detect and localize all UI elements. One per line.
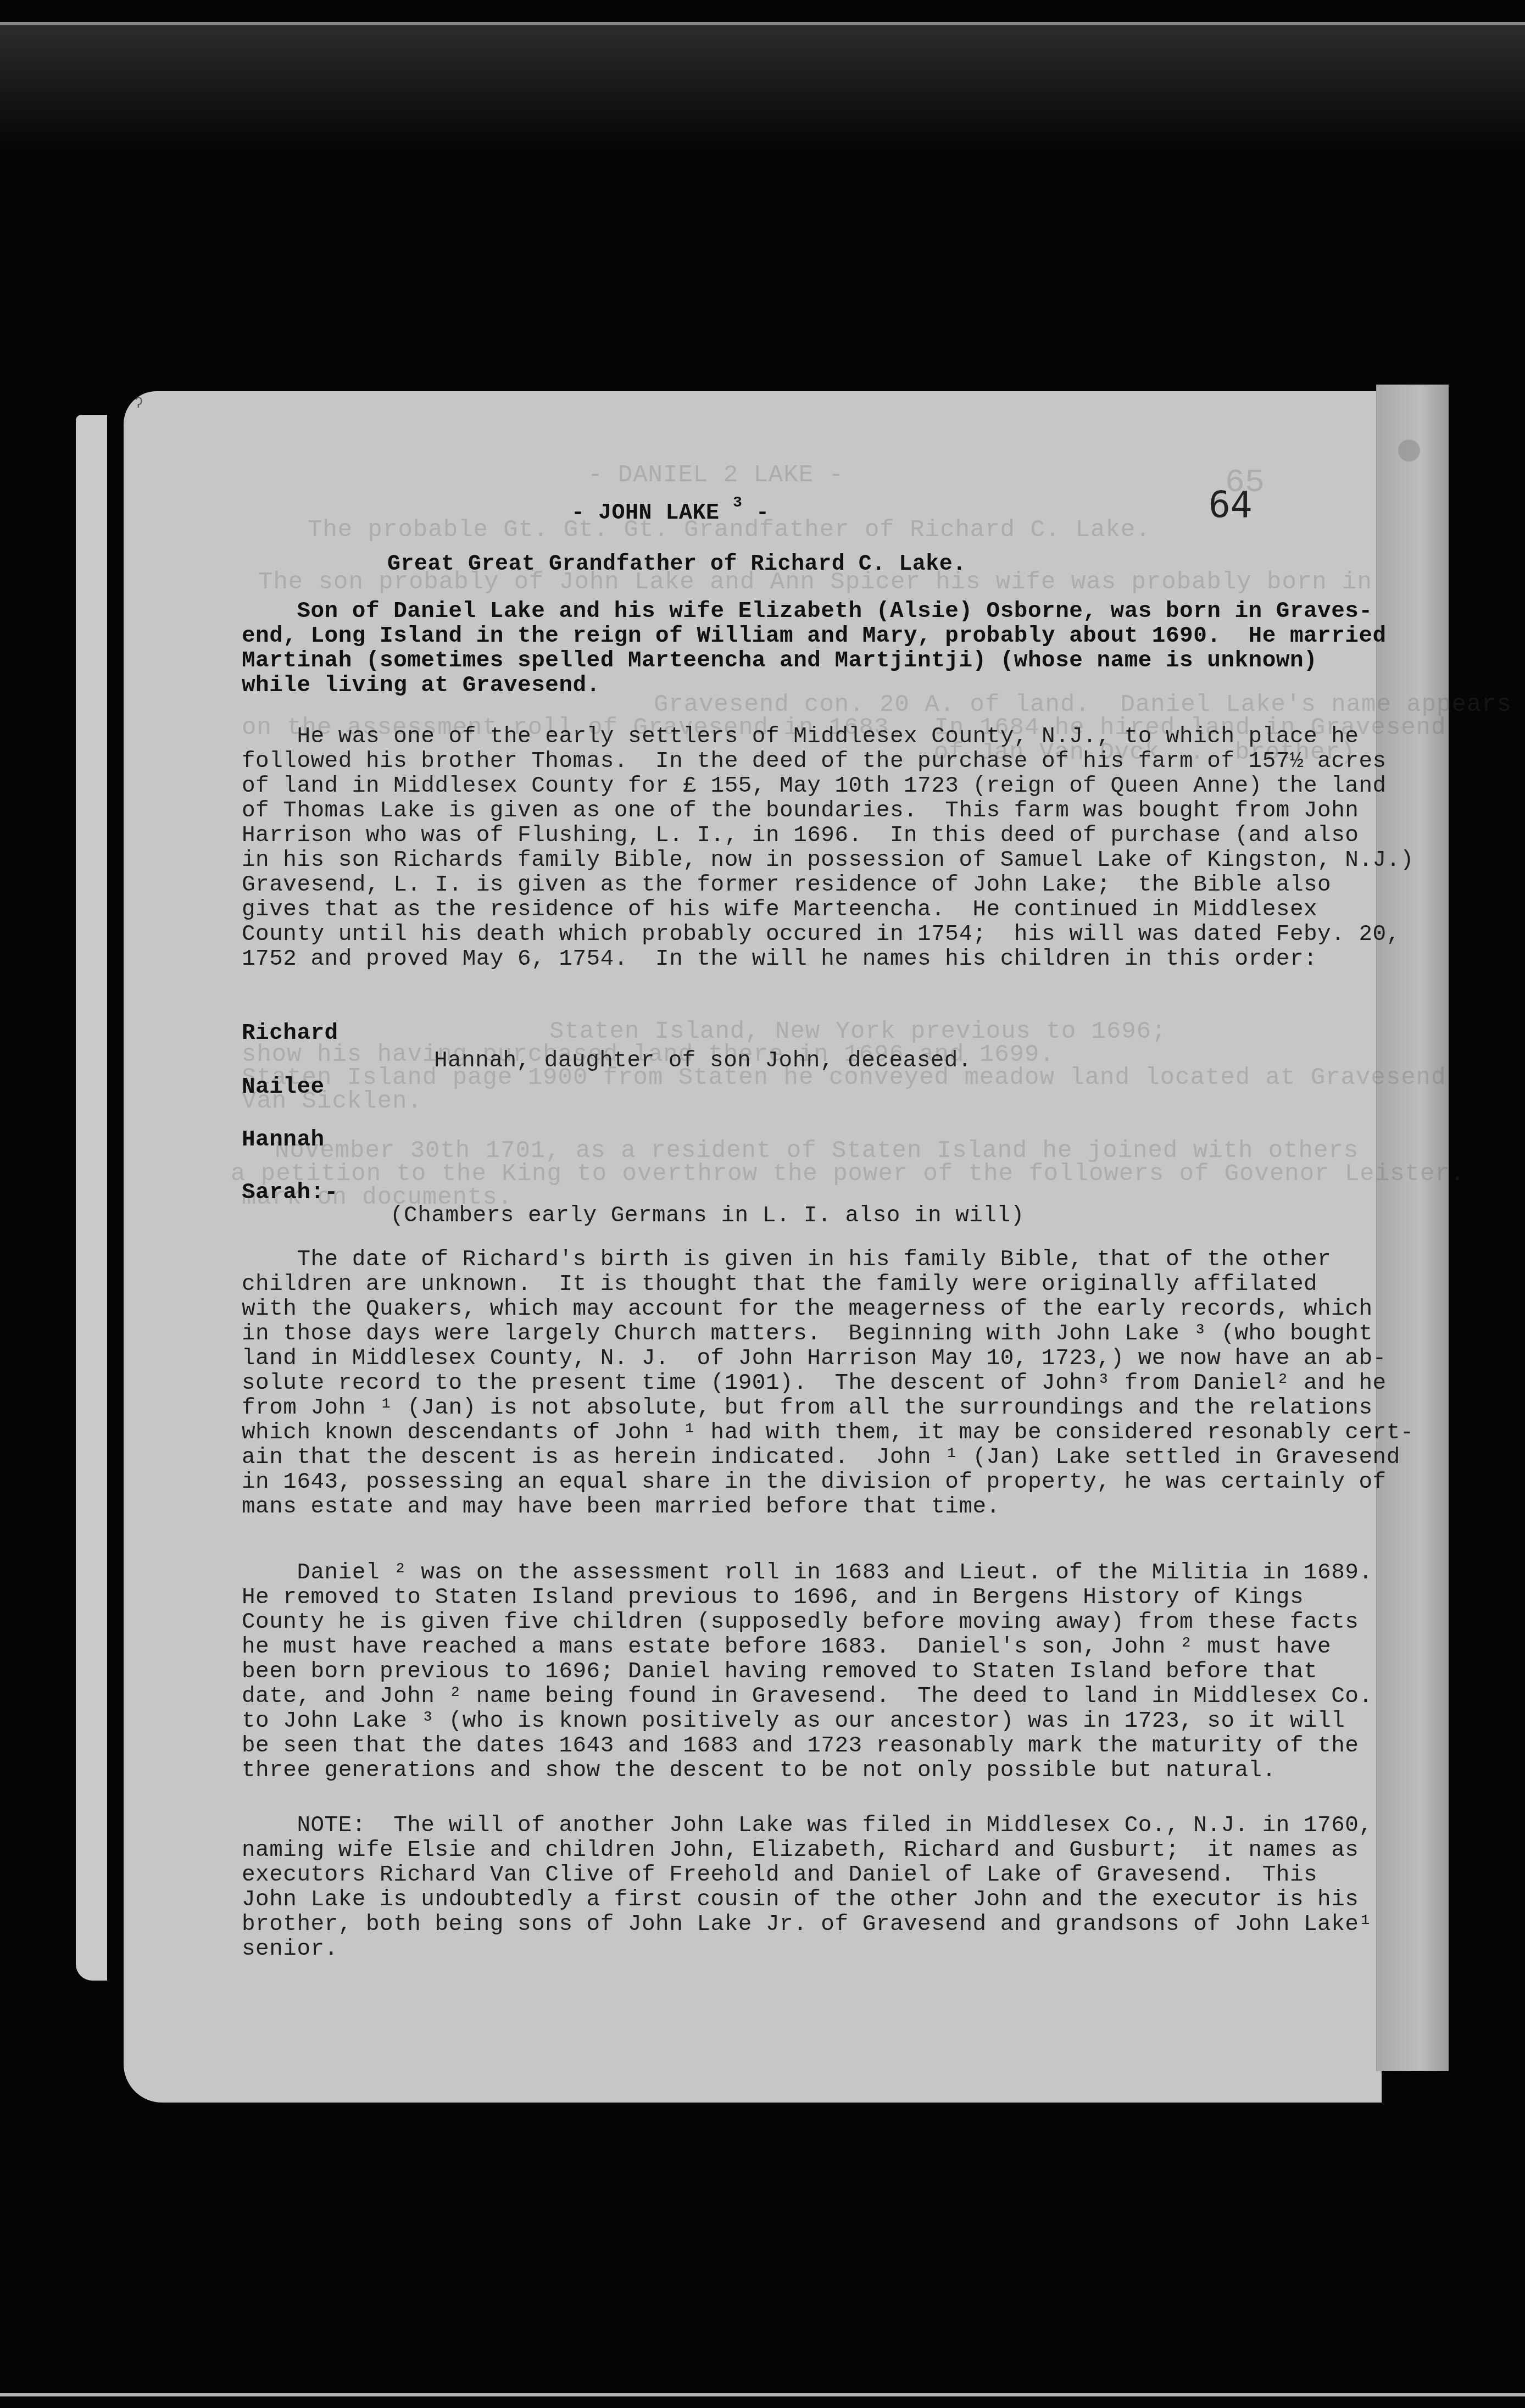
text-line: County until his death which probably oc… [242, 922, 1400, 947]
text-line: land in Middlesex County, N. J. of John … [242, 1346, 1387, 1371]
text-line: senior. [242, 1937, 338, 1962]
film-band [0, 25, 1525, 152]
text-line: mans estate and may have been married be… [242, 1494, 1000, 1520]
text-line: ain that the descent is as herein indica… [242, 1445, 1400, 1470]
corner-pencil-mark: ʔ [135, 396, 143, 412]
text-line: in those days were largely Church matter… [242, 1321, 1373, 1347]
text-line: to John Lake ³ (who is known positively … [242, 1709, 1345, 1734]
text-line: John Lake is undoubtedly a first cousin … [242, 1887, 1359, 1912]
text-line: he must have reached a mans estate befor… [242, 1634, 1331, 1660]
text-line: He was one of the early settlers of Midd… [242, 724, 1359, 749]
text-line: been born previous to 1696; Daniel havin… [242, 1659, 1317, 1684]
text-line: 1752 and proved May 6, 1754. In the will… [242, 947, 1317, 972]
child-name: Sarah:- [242, 1180, 338, 1205]
title-text: - JOHN LAKE [571, 501, 720, 526]
text-line: brother, both being sons of John Lake Jr… [242, 1912, 1373, 1937]
child-note: Hannah, daughter of son John, deceased. [434, 1048, 972, 1074]
text-line: Gravesend, L. I. is given as the former … [242, 872, 1331, 898]
text-line: solute record to the present time (1901)… [242, 1371, 1387, 1396]
page-stack-edge [1376, 385, 1449, 2071]
text-line: date, and John ² name being found in Gra… [242, 1684, 1373, 1709]
page-number: 64 [1209, 483, 1252, 526]
text-line: Son of Daniel Lake and his wife Elizabet… [242, 599, 1373, 624]
text-line: in 1643, possessing an equal share in th… [242, 1470, 1387, 1495]
text-line: which known descendants of John ¹ had wi… [242, 1420, 1414, 1445]
child-name: Richard [242, 1021, 338, 1046]
text-line: Daniel ² was on the assessment roll in 1… [242, 1560, 1373, 1586]
text-line: of Thomas Lake is given as one of the bo… [242, 798, 1359, 824]
child-name: Hannah [242, 1127, 325, 1153]
text-line: Harrison who was of Flushing, L. I., in … [242, 823, 1359, 848]
text-line: Martinah (sometimes spelled Marteencha a… [242, 648, 1317, 674]
text-line: be seen that the dates 1643 and 1683 and… [242, 1733, 1359, 1759]
text-line: He removed to Staten Island previous to … [242, 1585, 1304, 1610]
ghost-header: - DANIEL 2 LAKE - [588, 461, 844, 489]
page-subtitle: Great Great Grandfather of Richard C. La… [387, 552, 966, 577]
title-generation: 3 [733, 494, 742, 511]
text-line: in his son Richards family Bible, now in… [242, 848, 1414, 873]
text-line: three generations and show the descent t… [242, 1758, 1276, 1783]
text-line: followed his brother Thomas. In the deed… [242, 749, 1387, 774]
chambers-note: (Chambers early Germans in L. I. also in… [390, 1203, 1025, 1228]
text-line: of land in Middlesex County for £ 155, M… [242, 774, 1387, 799]
text-line: County he is given five children (suppos… [242, 1610, 1359, 1635]
previous-page-edge [76, 415, 107, 1981]
text-line: while living at Gravesend. [242, 673, 600, 698]
text-line: gives that as the residence of his wife … [242, 897, 1317, 922]
text-line: from John ¹ (Jan) is not absolute, but f… [242, 1395, 1373, 1421]
page-title: - JOHN LAKE 3 - [571, 501, 769, 526]
film-edge-bottom [0, 2393, 1525, 2396]
title-dash: - [756, 501, 770, 526]
text-line: naming wife Elsie and children John, Eli… [242, 1838, 1359, 1863]
text-line: NOTE: The will of another John Lake was … [242, 1813, 1373, 1838]
child-name: Nailee [242, 1075, 325, 1100]
text-line: children are unknown. It is thought that… [242, 1272, 1317, 1297]
text-line: The date of Richard's birth is given in … [242, 1247, 1331, 1272]
text-line: executors Richard Van Clive of Freehold … [242, 1862, 1317, 1888]
text-line: end, Long Island in the reign of William… [242, 624, 1387, 649]
text-line: with the Quakers, which may account for … [242, 1297, 1373, 1322]
stack-smudge [1398, 440, 1420, 461]
